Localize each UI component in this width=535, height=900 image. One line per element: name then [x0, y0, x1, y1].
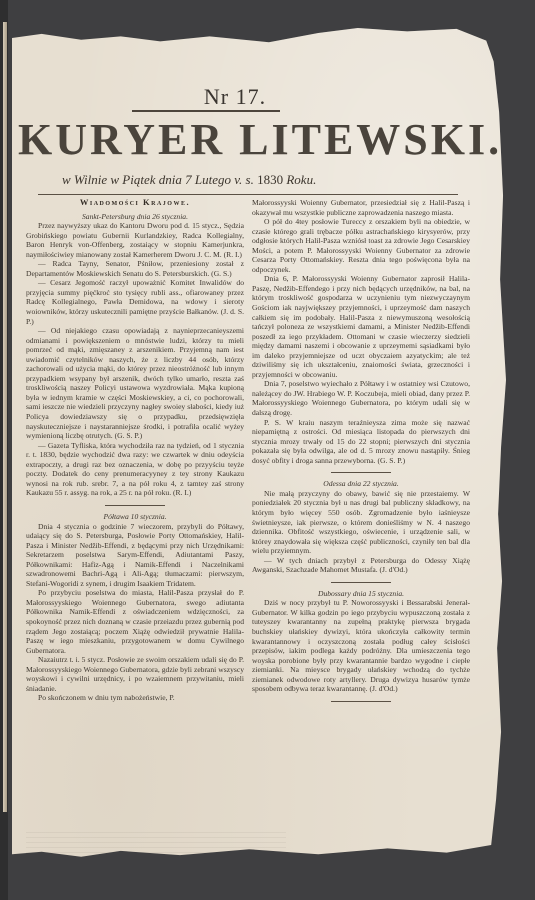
- article-paragraph: — Gazeta Tyfliska, która wychodziła raz …: [26, 441, 244, 498]
- issue-number: Nr 17.: [180, 84, 290, 110]
- left-column: Wiadomości Krajowe. Sankt-Petersburg dni…: [26, 198, 244, 703]
- dateline-prefix: w Wilnie w Piątek dnia 7 Lutego v. s.: [62, 172, 254, 187]
- article-paragraph: — W tych dniach przybył z Petersburga do…: [252, 556, 470, 575]
- article-paragraph: Po przybyciu poselstwa do miasta, Halil-…: [26, 588, 244, 655]
- newspaper-title: KURYER LITEWSKI.: [18, 114, 418, 165]
- article-dateline: Sankt-Petersburg dnia 26 stycznia.: [26, 212, 244, 222]
- article-paragraph: — Cesarz Jegomość raczył upoważnić Komit…: [26, 278, 244, 326]
- show-through-text: [26, 828, 286, 888]
- article-paragraph: O pół do 4tey posłowie Tureccy z orszaki…: [252, 217, 470, 274]
- article-paragraph: Małorossyyski Woienny Gubernator, przesi…: [252, 198, 470, 217]
- article-dateline: Półtawa 10 stycznia.: [26, 512, 244, 522]
- article-separator: [331, 472, 391, 473]
- section-heading: Wiadomości Krajowe.: [26, 198, 244, 208]
- article-paragraph: Dnia 6, P. Małorossyyski Woienny Guberna…: [252, 274, 470, 379]
- masthead-rule: [38, 194, 458, 195]
- article-paragraph: Przez naywyższy ukaz do Kantoru Dworu po…: [26, 221, 244, 259]
- article-separator: [105, 505, 165, 506]
- end-separator: [331, 701, 391, 702]
- article-paragraph: Nazaiutrz t. i. 5 stycz. Posłowie ze swo…: [26, 655, 244, 693]
- newspaper-page: Nr 17. KURYER LITEWSKI. w Wilnie w Piąte…: [12, 28, 506, 866]
- issue-rule: [132, 110, 280, 112]
- dateline-suffix: Roku.: [286, 172, 316, 187]
- previous-page-edge: [3, 22, 7, 812]
- binding-strip: [0, 0, 8, 900]
- article-paragraph: — Radca Tayny, Senator, Pśniłow, przenie…: [26, 259, 244, 278]
- article-paragraph: — Od niejakiego czasu opowiadają z nayni…: [26, 326, 244, 441]
- article-paragraph: Nie małą przyczyny do obawy, bawić się n…: [252, 489, 470, 556]
- right-column: Małorossyyski Woienny Gubernator, przesi…: [252, 198, 470, 708]
- dateline-year: 1830: [257, 172, 283, 187]
- article-paragraph: P. S. W kraiu naszym teraźnieysza zima m…: [252, 418, 470, 466]
- article-dateline: Dubossary dnia 15 stycznia.: [252, 589, 470, 599]
- article-dateline: Odessa dnia 22 stycznia.: [252, 479, 470, 489]
- article-separator: [331, 582, 391, 583]
- issue-dateline: w Wilnie w Piątek dnia 7 Lutego v. s. 18…: [62, 172, 422, 188]
- article-paragraph: Dziś w nocy przybył tu P. Noworossyyski …: [252, 598, 470, 693]
- article-paragraph: Po skończonem w dniu tym nabożeństwie, P…: [26, 693, 244, 703]
- article-paragraph: Dnia 4 stycznia o godzinie 7 wieczorem, …: [26, 522, 244, 589]
- article-paragraph: Dnia 7, poselstwo wyiechało z Półtawy i …: [252, 379, 470, 417]
